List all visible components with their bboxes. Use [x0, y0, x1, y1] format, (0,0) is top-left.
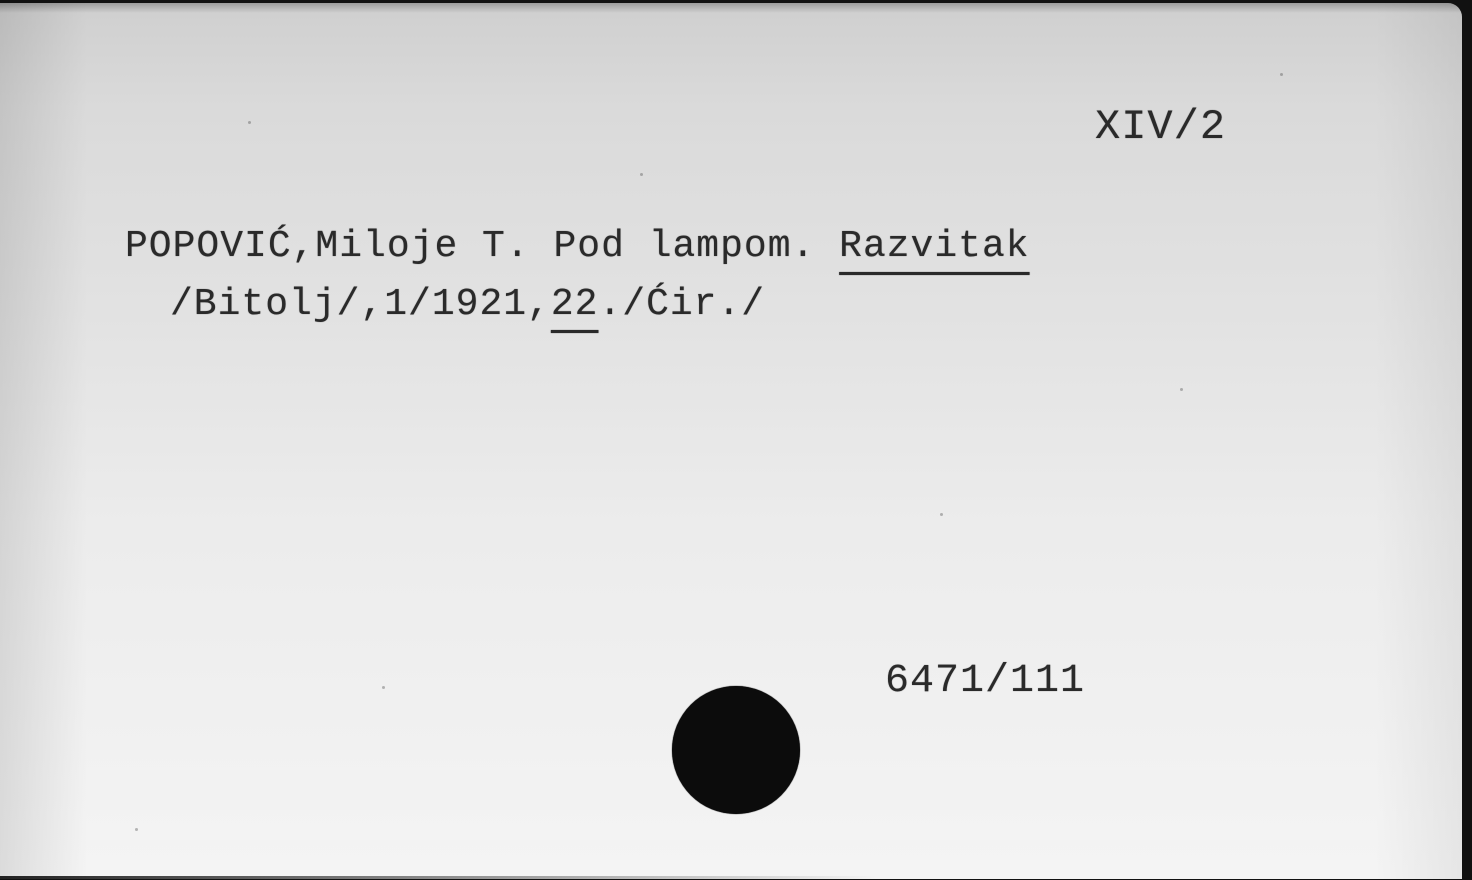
- periodical-title: Razvitak: [839, 225, 1029, 268]
- paper-speck: [1280, 73, 1283, 76]
- paper-speck: [940, 513, 943, 516]
- paper-speck: [135, 828, 138, 831]
- script-note: ./Ćir./: [598, 283, 765, 326]
- article-title: Pod lampom.: [553, 225, 815, 268]
- paper-speck: [382, 686, 385, 689]
- punch-hole-icon: [672, 686, 800, 814]
- paper-speck: [640, 173, 643, 176]
- catalog-card: XIV/2 POPOVIĆ,Miloje T. Pod lampom. Razv…: [0, 3, 1462, 879]
- paper-speck: [1180, 388, 1183, 391]
- card-bottom-edge: [0, 876, 877, 879]
- publication-place-and-year: /Bitolj/,1/1921,: [170, 283, 551, 326]
- entry-line-2: /Bitolj/,1/1921,22./Ćir./: [170, 283, 765, 326]
- call-number: XIV/2: [1095, 103, 1226, 151]
- accession-number: 6471/111: [885, 659, 1085, 704]
- paper-speck: [248, 121, 251, 124]
- issue-number: 22: [551, 283, 599, 326]
- author: POPOVIĆ,Miloje T.: [125, 225, 530, 268]
- card-top-shadow: [0, 3, 1462, 13]
- entry-line-1: POPOVIĆ,Miloje T. Pod lampom. Razvitak: [125, 225, 1030, 268]
